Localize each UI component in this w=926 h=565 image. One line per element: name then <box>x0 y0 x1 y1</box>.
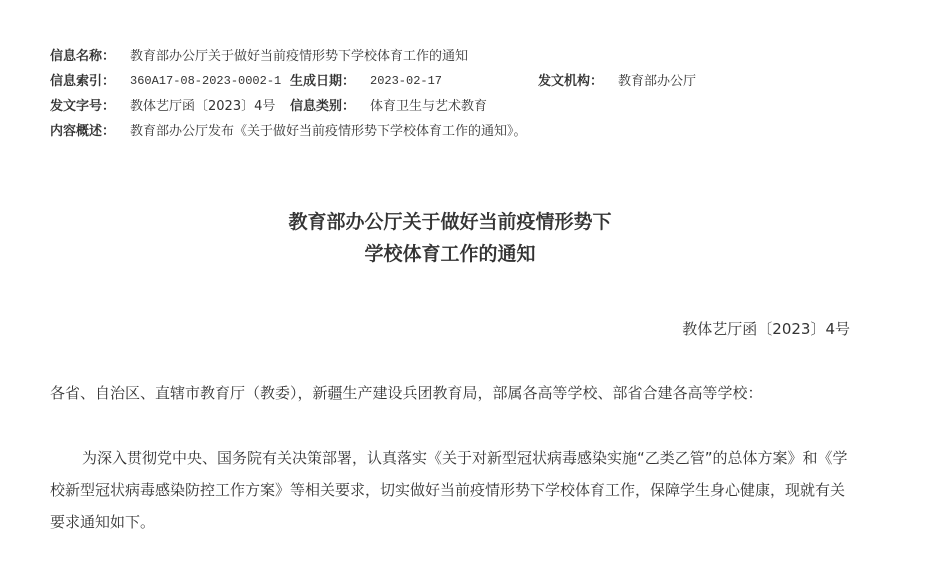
info-name-label: 信息名称： <box>50 44 115 69</box>
docnum-value: 教体艺厅函〔2023〕4号 <box>130 94 275 119</box>
info-name-value: 教育部办公厅关于做好当前疫情形势下学校体育工作的通知 <box>130 44 468 69</box>
info-index-value: 360A17-08-2023-0002-1 <box>130 69 281 94</box>
info-index-label: 信息索引： <box>50 69 115 94</box>
org-value: 教育部办公厅 <box>618 69 696 94</box>
document-title: 教育部办公厅关于做好当前疫情形势下 学校体育工作的通知 <box>0 206 900 270</box>
title-line-1: 教育部办公厅关于做好当前疫情形势下 <box>0 206 900 238</box>
addressee: 各省、自治区、直辖市教育厅（教委），新疆生产建设兵团教育局，部属各高等学校、部省… <box>50 377 850 409</box>
document-number: 教体艺厅函〔2023〕4号 <box>682 318 850 339</box>
summary-value: 教育部办公厅发布《关于做好当前疫情形势下学校体育工作的通知》。 <box>130 119 527 144</box>
title-line-2: 学校体育工作的通知 <box>0 238 900 270</box>
date-value: 2023-02-17 <box>370 69 442 94</box>
org-label: 发文机构： <box>538 69 603 94</box>
docnum-label: 发文字号： <box>50 94 115 119</box>
category-label: 信息类别： <box>290 94 355 119</box>
date-label: 生成日期： <box>290 69 355 94</box>
summary-label: 内容概述： <box>50 119 115 144</box>
category-value: 体育卫生与艺术教育 <box>370 94 487 119</box>
body-paragraph: 为深入贯彻党中央、国务院有关决策部署，认真落实《关于对新型冠状病毒感染实施“乙类… <box>50 442 850 538</box>
